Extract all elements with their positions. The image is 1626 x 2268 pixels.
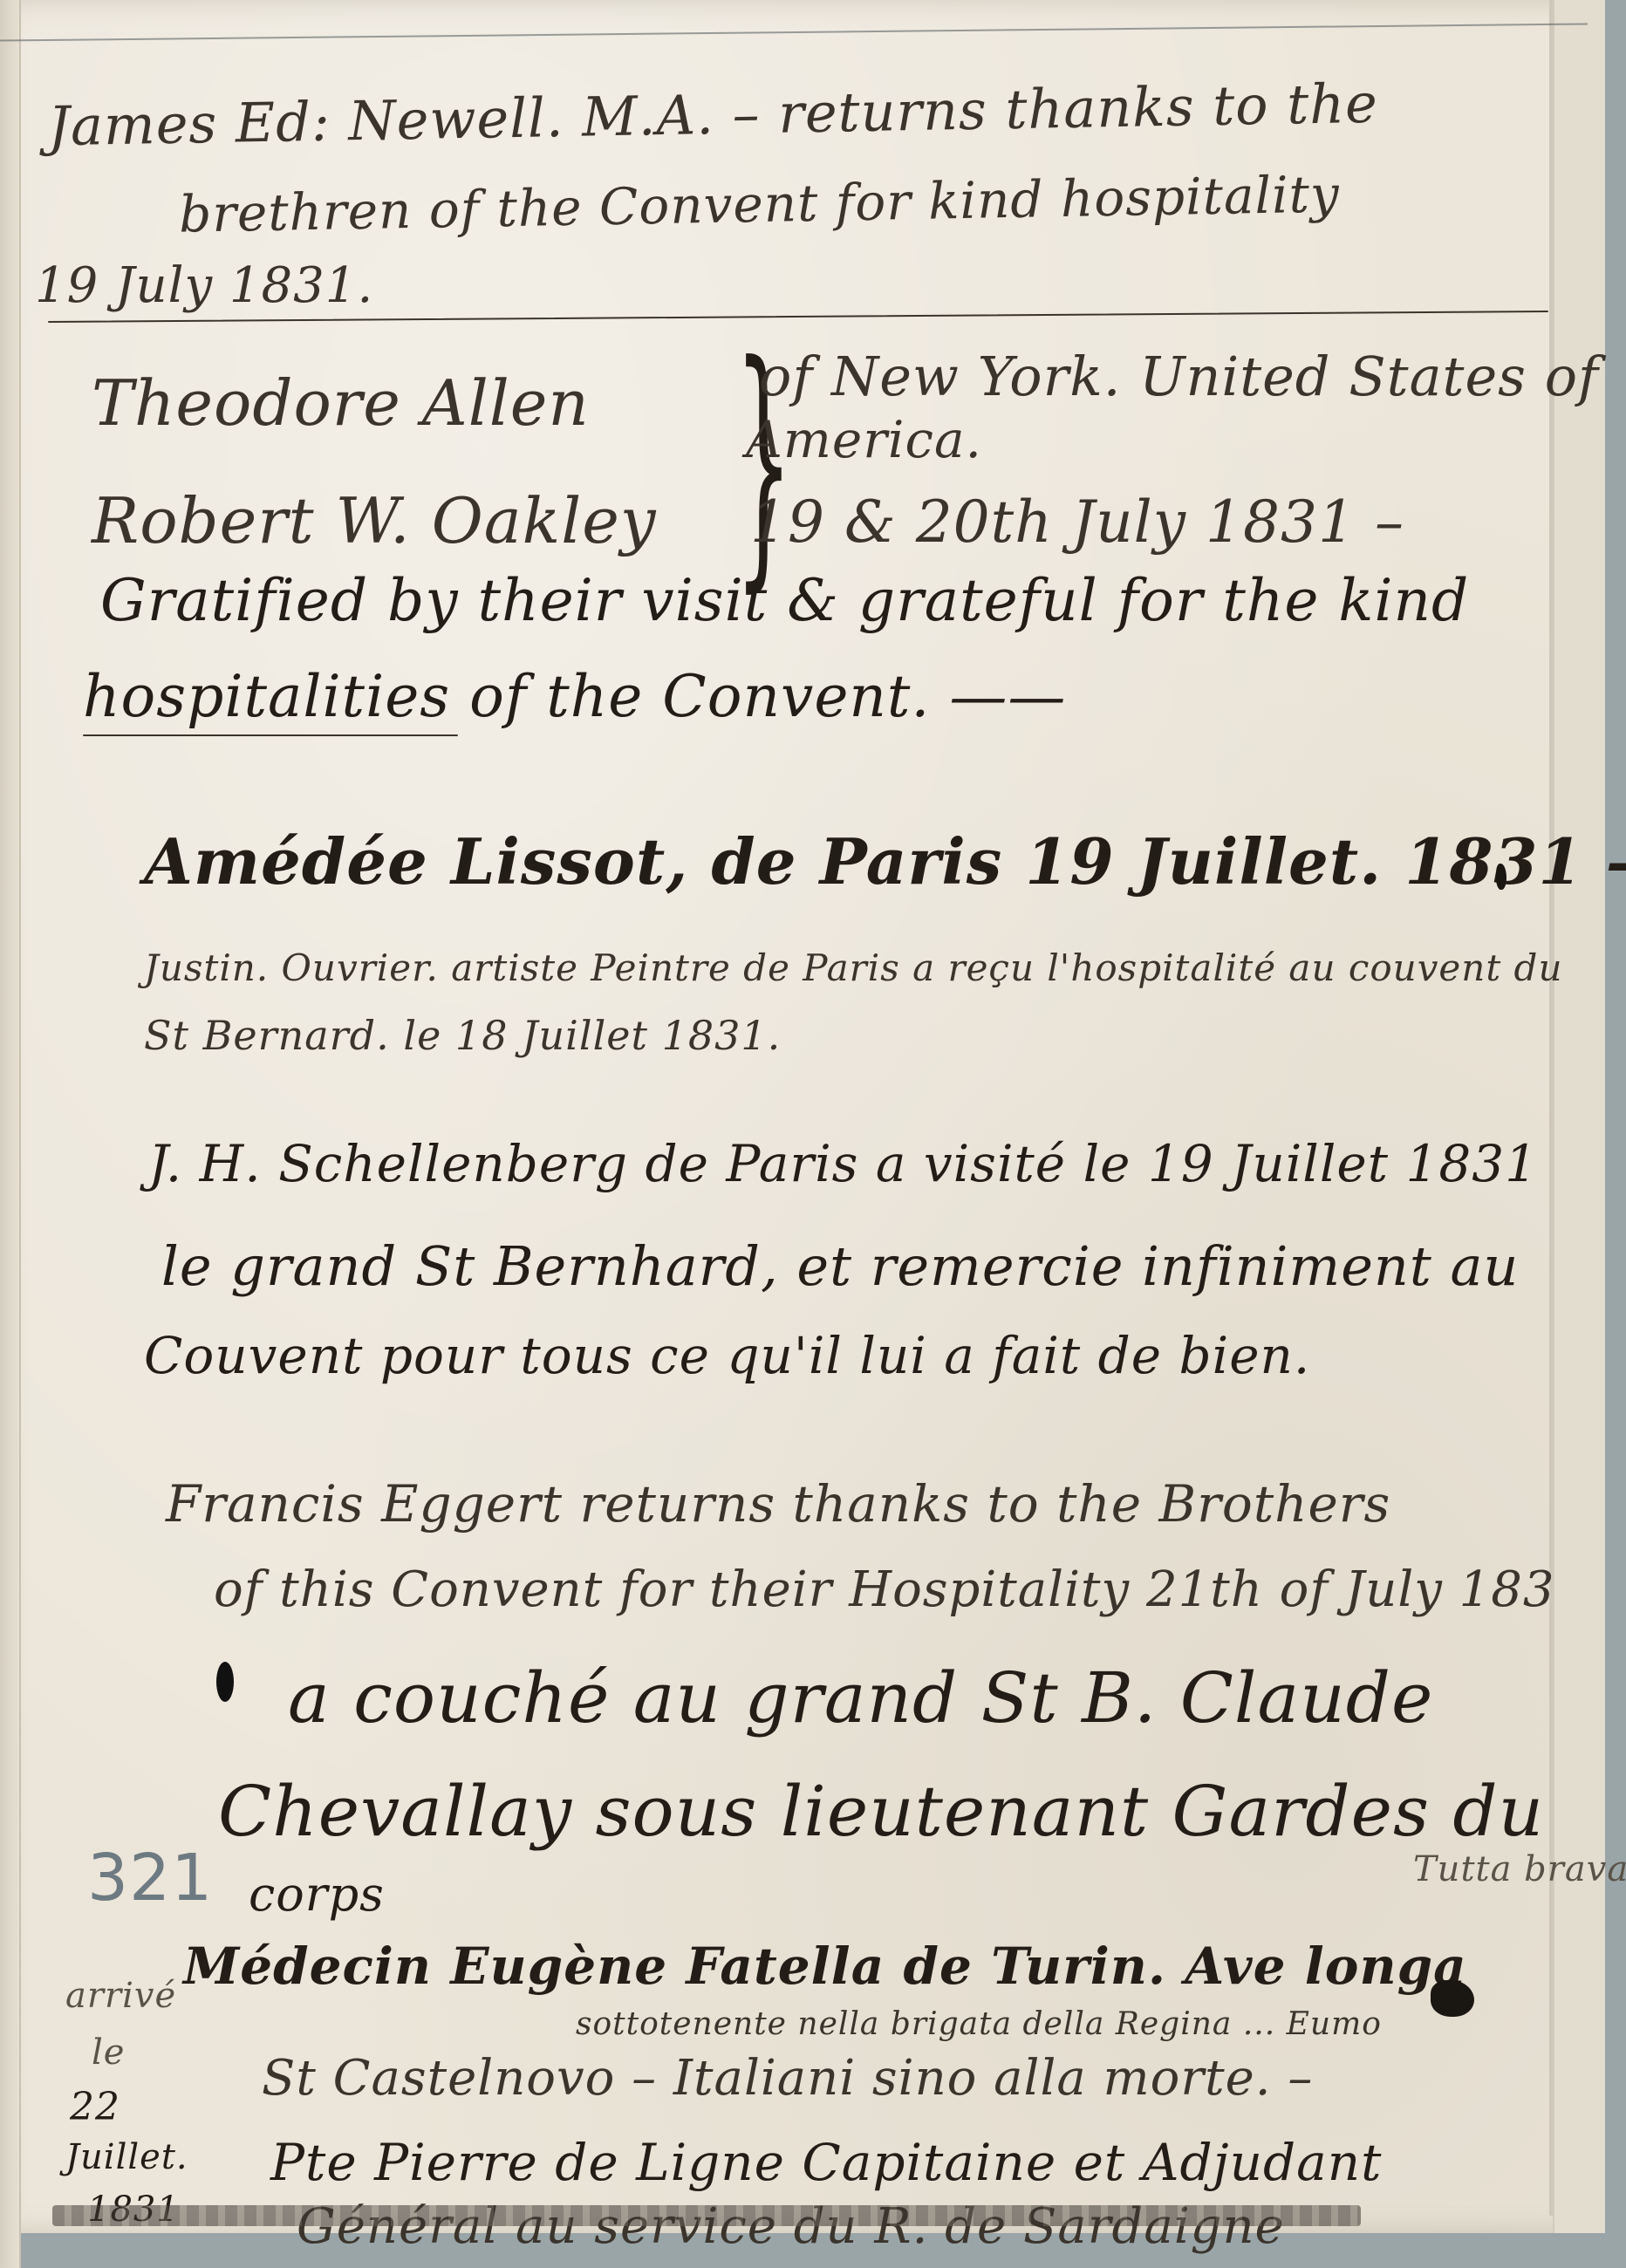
entry-allen-origin-2: America.: [746, 410, 982, 469]
entry-chevallay-line-1: a couché au grand St B. Claude: [288, 1657, 1433, 1739]
entry-newell-line-2: brethren of the Convent for kind hospita…: [179, 164, 1341, 243]
margin-note-le: le: [92, 2032, 125, 2073]
torn-bottom-edge: [52, 2205, 1361, 2226]
margin-note-arrive: arrivé: [65, 1976, 176, 2016]
top-ruled-line: [0, 23, 1588, 41]
entry-allen-line-1: Gratified by their visit & grateful for …: [100, 567, 1469, 634]
entry-newell-date: 19 July 1831.: [35, 257, 373, 314]
entry-castelnovo-line: St Castelnovo – Italiani sino alla morte…: [262, 2050, 1313, 2107]
entry-fatella-annotation: Tutta brava: [1413, 1849, 1626, 1889]
bullet-mark: [216, 1662, 234, 1702]
entry-eggert-line-2: of this Convent for their Hospitality 21…: [214, 1561, 1555, 1618]
entry-fatella-line-2: sottotenente nella brigata della Regina …: [576, 2006, 1382, 2042]
binding-strip: [1553, 0, 1605, 2233]
entry-allen-line-2: hospitalities of the Convent. ——: [83, 663, 1066, 730]
entry-justin-line-1: Justin. Ouvrier. artiste Peintre de Pari…: [144, 946, 1563, 989]
ink-mark: [1496, 864, 1506, 890]
underline-hospitalities: [83, 734, 458, 736]
entry-fatella-line-1: Médecin Eugène Fatella de Turin. Ave lon…: [183, 1937, 1467, 1996]
ink-blot: [1431, 1980, 1474, 2017]
margin-note-month: Juillet.: [65, 2137, 188, 2177]
manuscript-page: James Ed: Newell. M.A. – returns thanks …: [0, 0, 1605, 2233]
entry-deligne-line-1: Pte Pierre de Ligne Capitaine et Adjudan…: [270, 2133, 1382, 2192]
entry-newell-line-1: James Ed: Newell. M.A. – returns thanks …: [47, 72, 1378, 159]
entry-chevallay-line-3: corps: [249, 1867, 385, 1922]
entry-schellenberg-line-2: le grand St Bernhard, et remercie infini…: [161, 1234, 1519, 1298]
entry-lissot-line-1: Amédée Lissot, de Paris 19 Juillet. 1831…: [144, 824, 1626, 898]
page-left-edge: [0, 0, 21, 2268]
entry-oakley-name: Robert W. Oakley: [92, 484, 657, 557]
entry-schellenberg-line-3: Couvent pour tous ce qu'il lui a fait de…: [144, 1326, 1310, 1385]
entry-schellenberg-line-1: J. H. Schellenberg de Paris a visité le …: [148, 1134, 1538, 1193]
entry-allen-name: Theodore Allen: [92, 366, 590, 440]
entry-eggert-line-1: Francis Eggert returns thanks to the Bro…: [166, 1474, 1390, 1534]
entry-allen-date: 19 & 20th July 1831 –: [750, 488, 1404, 556]
margin-note-day: 22: [70, 2085, 120, 2129]
page-number-margin: 321: [87, 1841, 213, 1916]
entry-chevallay-line-2: Chevallay sous lieutenant Gardes du: [218, 1771, 1544, 1852]
entry-justin-line-2: St Bernard. le 18 Juillet 1831.: [144, 1012, 781, 1059]
entry-allen-origin-1: of New York. United States of: [759, 345, 1599, 408]
